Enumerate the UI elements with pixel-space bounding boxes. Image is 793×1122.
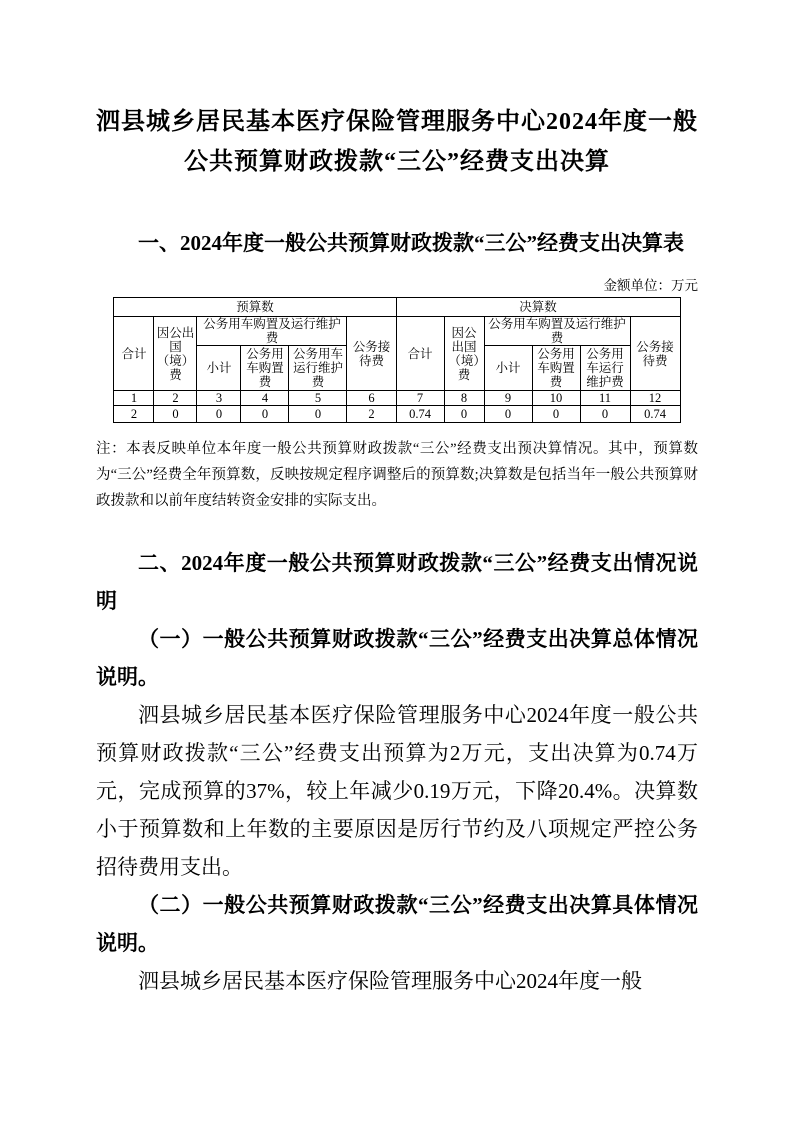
- value-cell-budget-vehicle-operation: 0: [289, 406, 347, 423]
- value-row: 2 0 0 0 0 2 0.74 0 0 0 0 0.74: [114, 406, 680, 423]
- value-cell-budget-vehicle-purchase: 0: [241, 406, 289, 423]
- budget-vehicle-purchase-header: 公务用车购置费: [241, 346, 289, 391]
- column-index-cell: 8: [444, 391, 484, 406]
- final-abroad-header: 因公出国（境）费: [444, 317, 484, 391]
- value-cell-budget-subtotal: 0: [197, 406, 241, 423]
- subsection-2-heading: （二）一般公共预算财政拨款“三公”经费支出决算具体情况说明。: [96, 886, 698, 962]
- table-group-header-row: 预算数 决算数: [114, 298, 680, 317]
- amount-unit-label: 金额单位：万元: [96, 274, 698, 294]
- column-index-cell: 10: [532, 391, 580, 406]
- paragraph-overall-situation: 泗县城乡居民基本医疗保险管理服务中心2024年度一般公共预算财政拨款“三公”经费…: [96, 696, 698, 886]
- value-cell-final-reception: 0.74: [630, 406, 680, 423]
- budget-abroad-header: 因公出国（境）费: [154, 317, 197, 391]
- final-subtotal-header: 小计: [484, 346, 532, 391]
- final-group-header: 决算数: [396, 298, 680, 317]
- value-cell-final-vehicle-purchase: 0: [532, 406, 580, 423]
- final-vehicle-group-header: 公务用车购置及运行维护费: [484, 317, 630, 346]
- budget-vehicle-group-header: 公务用车购置及运行维护费: [197, 317, 347, 346]
- column-index-cell: 2: [154, 391, 197, 406]
- column-index-cell: 3: [197, 391, 241, 406]
- column-index-cell: 5: [289, 391, 347, 406]
- column-index-cell: 4: [241, 391, 289, 406]
- column-index-cell: 9: [484, 391, 532, 406]
- value-cell-budget-total: 2: [114, 406, 154, 423]
- budget-vehicle-operation-header: 公务用车运行维护费: [289, 346, 347, 391]
- budget-reception-header: 公务接待费: [347, 317, 396, 391]
- column-index-cell: 6: [347, 391, 396, 406]
- value-cell-final-abroad: 0: [444, 406, 484, 423]
- final-vehicle-purchase-header: 公务用车购置费: [532, 346, 580, 391]
- document-page: 泗县城乡居民基本医疗保险管理服务中心2024年度一般公共预算财政拨款“三公”经费…: [0, 0, 793, 1122]
- value-cell-budget-abroad: 0: [154, 406, 197, 423]
- column-index-cell: 1: [114, 391, 154, 406]
- value-cell-final-vehicle-operation: 0: [580, 406, 630, 423]
- column-index-cell: 11: [580, 391, 630, 406]
- final-vehicle-operation-header: 公务用车运行维护费: [580, 346, 630, 391]
- final-total-header: 合计: [396, 317, 444, 391]
- budget-total-header: 合计: [114, 317, 154, 391]
- column-index-cell: 7: [396, 391, 444, 406]
- table-note: 注：本表反映单位本年度一般公共预算财政拨款“三公”经费支出预决算情况。其中，预算…: [96, 436, 698, 514]
- value-cell-budget-reception: 2: [347, 406, 396, 423]
- paragraph-detail-intro: 泗县城乡居民基本医疗保险管理服务中心2024年度一般: [96, 962, 698, 1000]
- table-header-row-upper: 合计 因公出国（境）费 公务用车购置及运行维护费 公务接待费 合计 因公出国（境…: [114, 317, 680, 346]
- budget-group-header: 预算数: [114, 298, 396, 317]
- section-1-heading: 一、2024年度一般公共预算财政拨款“三公”经费支出决算表: [96, 224, 698, 262]
- subsection-1-heading: （一）一般公共预算财政拨款“三公”经费支出决算总体情况说明。: [96, 620, 698, 696]
- column-index-cell: 12: [630, 391, 680, 406]
- three-public-expense-table: 预算数 决算数 合计 因公出国（境）费 公务用车购置及运行维护费 公务接待费 合…: [113, 297, 680, 423]
- column-index-row: 1 2 3 4 5 6 7 8 9 10 11 12: [114, 391, 680, 406]
- value-cell-final-subtotal: 0: [484, 406, 532, 423]
- final-reception-header: 公务接待费: [630, 317, 680, 391]
- section-2-heading: 二、2024年度一般公共预算财政拨款“三公”经费支出情况说明: [96, 544, 698, 620]
- document-title: 泗县城乡居民基本医疗保险管理服务中心2024年度一般公共预算财政拨款“三公”经费…: [96, 102, 698, 182]
- value-cell-final-total: 0.74: [396, 406, 444, 423]
- budget-subtotal-header: 小计: [197, 346, 241, 391]
